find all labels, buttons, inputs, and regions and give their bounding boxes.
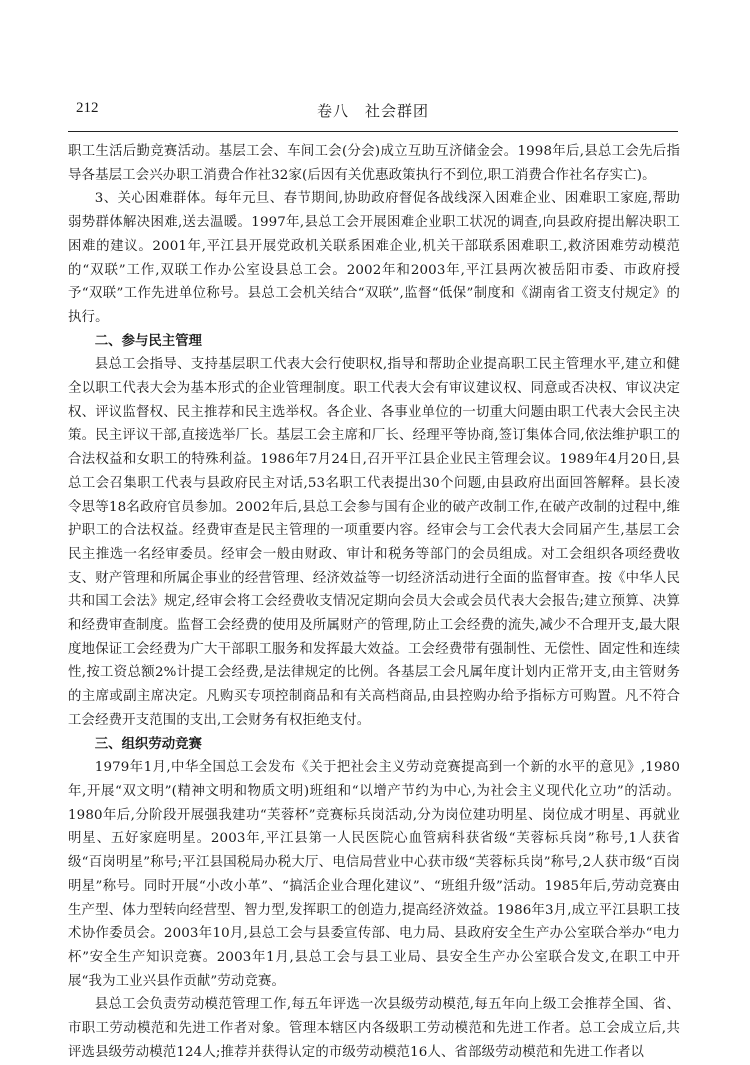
section-heading-labor-competition: 三、组织劳动竞赛 xyxy=(68,733,680,757)
header-rule xyxy=(68,131,678,132)
page-body: 职工生活后勤竞赛活动。基层工会、车间工会(分会)成立互助互济储金会。1998年后… xyxy=(68,140,680,1064)
page-header: 212 卷八 社会群团 xyxy=(68,100,678,124)
paragraph-democratic-management: 县总工会指导、支持基层职工代表大会行使职权,指导和帮助企业提高职工民主管理水平,… xyxy=(68,353,680,732)
paragraph-continued: 职工生活后勤竞赛活动。基层工会、车间工会(分会)成立互助互济储金会。1998年后… xyxy=(68,140,680,187)
running-title: 卷八 社会群团 xyxy=(68,100,678,121)
paragraph-hardship-groups: 3、关心困难群体。每年元旦、春节期间,协助政府督促各战线深入困难企业、困难职工家… xyxy=(68,187,680,329)
paragraph-labor-competition: 1979年1月,中华全国总工会发布《关于把社会主义劳动竞赛提高到一个新的水平的意… xyxy=(68,756,680,993)
section-heading-democratic-management: 二、参与民主管理 xyxy=(68,330,680,354)
paragraph-labor-models: 县总工会负责劳动模范管理工作,每五年评选一次县级劳动模范,每五年向上级工会推荐全… xyxy=(68,993,680,1064)
